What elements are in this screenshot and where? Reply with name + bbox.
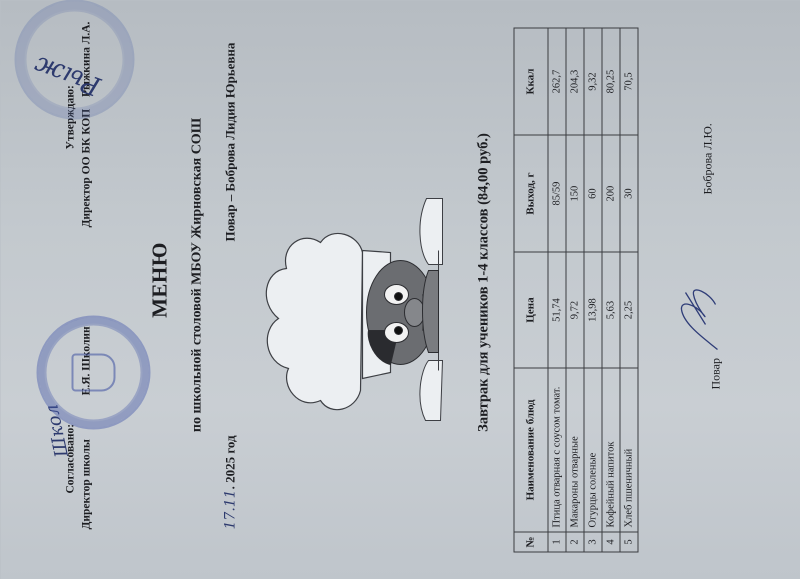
dish-price: 2,25 [620, 252, 638, 368]
cook-signature-icon [675, 274, 725, 354]
dish-price: 51,74 [548, 252, 566, 368]
dish-yield: 150 [566, 135, 584, 252]
table-row: 3 Огурцы соленые 13,98 60 9,32 [584, 28, 602, 552]
dish-price: 5,63 [602, 252, 620, 368]
dish-name: Макароны отварные [566, 368, 584, 532]
dish-yield: 60 [584, 135, 602, 252]
approved-position: Директор ОО БК КОП [80, 108, 92, 227]
date-line: 17.11. 2025 год [222, 435, 238, 529]
table-row: 4 Кофейный напиток 5,63 200 80,25 [602, 28, 620, 552]
row-number: 5 [620, 531, 638, 551]
dish-yield: 200 [602, 135, 620, 252]
page-title: МЕНЮ [147, 0, 172, 579]
date-handwritten: 17.11 [222, 489, 238, 529]
dish-kcal: 204,3 [566, 28, 584, 135]
page-subtitle: по школьной столовой МБОУ Жирновская СОШ [189, 0, 205, 579]
dish-price: 13,98 [584, 252, 602, 368]
table-row: 2 Макароны отварные 9,72 150 204,3 [566, 28, 584, 552]
table-header-row: № Наименование блюд Цена Выход, г Ккал [514, 28, 548, 552]
dish-name: Кофейный напиток [602, 368, 620, 532]
dish-name: Хлеб пшеничный [620, 368, 638, 532]
column-header-dish-name: Наименование блюд [514, 368, 548, 532]
stamp-emblem-icon [71, 353, 115, 391]
row-number: 4 [602, 531, 620, 551]
dish-kcal: 80,25 [602, 28, 620, 135]
date-year: . 2025 год [222, 435, 237, 489]
dish-yield: 85/59 [548, 135, 566, 252]
row-number: 2 [566, 531, 584, 551]
dish-name: Птица отварная с соусом томат. [548, 368, 566, 532]
dish-name: Огурцы соленые [584, 368, 602, 532]
table-row: 1 Птица отварная с соусом томат. 51,74 8… [548, 28, 566, 552]
dish-kcal: 9,32 [584, 28, 602, 135]
dish-price: 9,72 [566, 252, 584, 368]
footer-name: Боброва Л.Ю. [700, 123, 715, 194]
column-header-number: № [514, 531, 548, 551]
row-number: 1 [548, 531, 566, 551]
meal-heading: Завтрак для учеников 1-4 классов (84,00 … [475, 0, 492, 579]
menu-document-page: Согласовано: Директор школы Е.Я. Школин … [0, 0, 800, 579]
footer-role: Повар [708, 358, 723, 390]
school-stamp [36, 315, 150, 429]
dish-kcal: 70,5 [620, 28, 638, 135]
column-header-yield: Выход, г [514, 135, 548, 252]
dish-yield: 30 [620, 135, 638, 252]
column-header-kcal: Ккал [514, 28, 548, 135]
organization-stamp [14, 0, 134, 119]
cook-line: Повар – Боброва Лидия Юрьевна [222, 42, 238, 241]
menu-table: № Наименование блюд Цена Выход, г Ккал 1… [513, 27, 638, 552]
dish-kcal: 262,7 [548, 28, 566, 135]
table-row: 5 Хлеб пшеничный 2,25 30 70,5 [620, 28, 638, 552]
row-number: 3 [584, 531, 602, 551]
chef-cartoon-icon [250, 190, 445, 430]
column-header-price: Цена [514, 252, 548, 368]
agreed-position: Директор школы [80, 439, 92, 529]
